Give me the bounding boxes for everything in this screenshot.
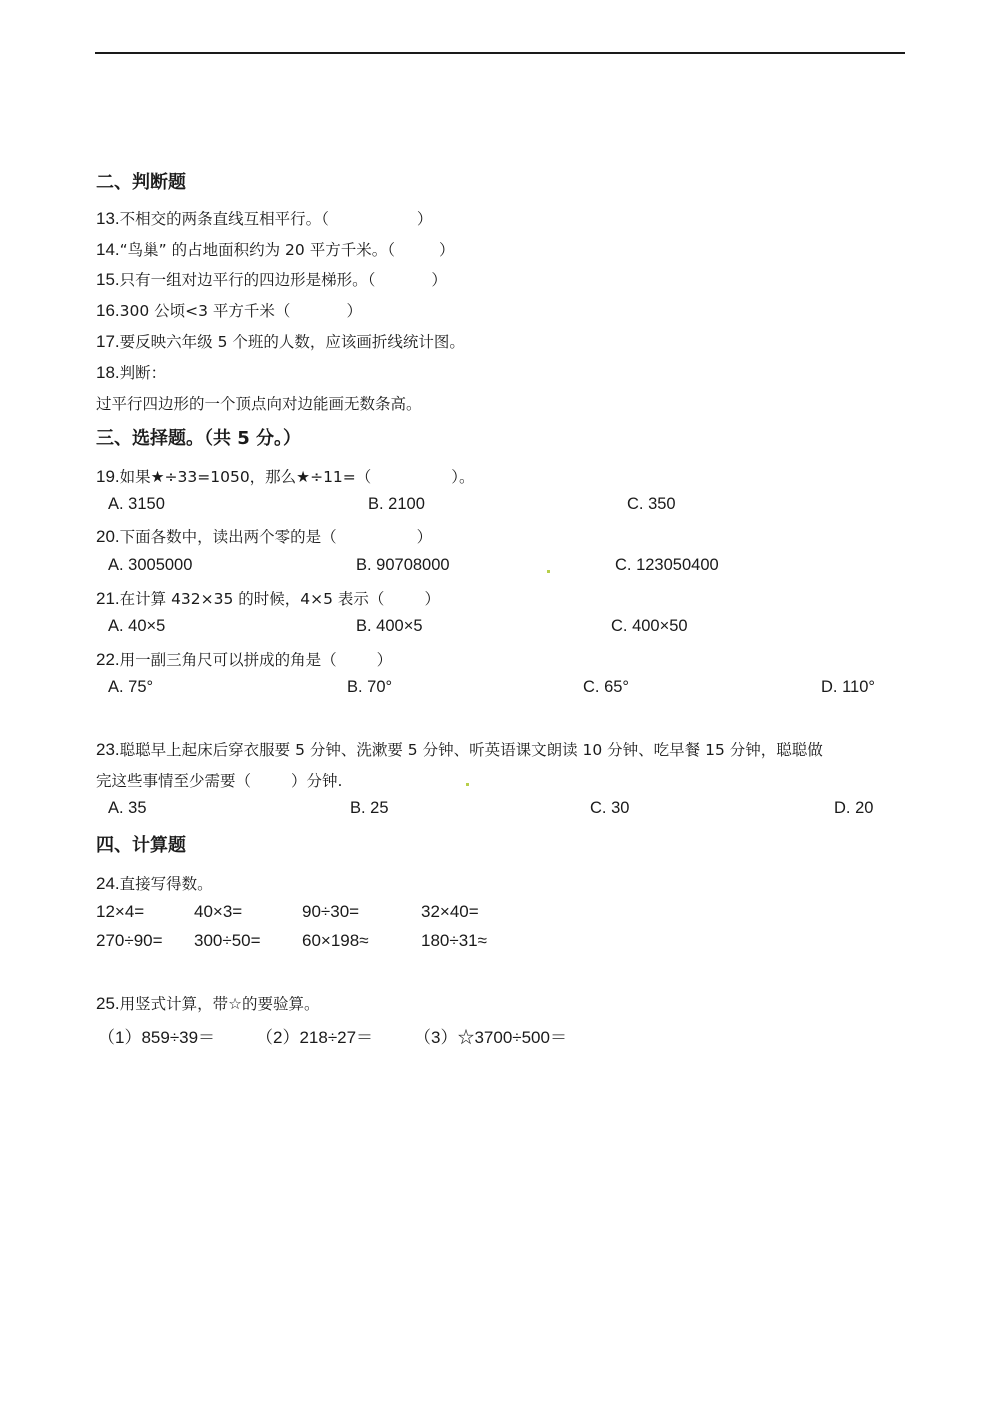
question-number: 21.: [96, 589, 120, 608]
option-19-b[interactable]: B. 2100: [368, 495, 425, 514]
option-21-b[interactable]: B. 400×5: [356, 617, 423, 636]
question-number: 18.: [96, 363, 120, 382]
calc-item: 300÷50=: [194, 931, 261, 951]
question-text: 用竖式计算，带☆的要验算。: [120, 995, 320, 1013]
question-number: 17.: [96, 332, 120, 351]
option-22-c[interactable]: C. 65°: [583, 678, 629, 697]
question-14: 14.“鸟巢” 的占地面积约为 20 平方千米。（）: [96, 238, 454, 260]
header-rule: [95, 52, 905, 54]
option-19-a[interactable]: A. 3150: [108, 495, 165, 514]
option-20-c[interactable]: C. 123050400: [615, 556, 719, 575]
question-text: 下面各数中，读出两个零的是（: [120, 528, 337, 546]
option-22-d[interactable]: D. 110°: [821, 678, 875, 697]
paren-close: ）: [417, 210, 433, 228]
question-25: 25.用竖式计算，带☆的要验算。: [96, 992, 320, 1014]
question-16: 16.300 公顷<3 平方千米（）: [96, 299, 362, 321]
question-text: “鸟巢” 的占地面积约为 20 平方千米。（: [120, 241, 395, 259]
paren-close: ）: [377, 651, 393, 669]
question-text: 300 公顷<3 平方千米（: [120, 302, 291, 320]
question-17: 17.要反映六年级 5 个班的人数，应该画折线统计图。: [96, 330, 465, 352]
section-title-judge: 二、判断题: [96, 168, 186, 194]
question-20: 20.下面各数中，读出两个零的是（）: [96, 525, 432, 547]
question-18-statement: 过平行四边形的一个顶点向对边能画无数条高。: [96, 392, 422, 414]
paren-close: ）: [417, 528, 433, 546]
question-19: 19.如果★÷33=1050，那么★÷11=（）。: [96, 465, 475, 487]
option-19-c[interactable]: C. 350: [627, 495, 676, 514]
calc-item: 180÷31≈: [421, 931, 487, 951]
question-number: 14.: [96, 240, 120, 259]
question-24: 24.直接写得数。: [96, 872, 213, 894]
paren-close: ）: [431, 271, 447, 289]
calc-item: 32×40=: [421, 902, 479, 922]
option-23-d[interactable]: D. 20: [834, 799, 873, 818]
question-text: 直接写得数。: [120, 875, 213, 893]
question-22: 22.用一副三角尺可以拼成的角是（）: [96, 648, 392, 670]
option-21-c[interactable]: C. 400×50: [611, 617, 688, 636]
question-number: 23.: [96, 740, 120, 759]
question-text: 不相交的两条直线互相平行。（: [120, 210, 329, 228]
question-text: 用一副三角尺可以拼成的角是（: [120, 651, 337, 669]
option-21-a[interactable]: A. 40×5: [108, 617, 165, 636]
question-text: 只有一组对边平行的四边形是梯形。（: [120, 271, 376, 289]
vertical-calc-item-2: （2）218÷27＝: [256, 1023, 373, 1048]
scan-artifact-dot: [466, 783, 469, 786]
section-title-calc: 四、计算题: [96, 831, 186, 857]
question-text: 判断：: [120, 364, 167, 382]
option-22-b[interactable]: B. 70°: [347, 678, 392, 697]
question-number: 24.: [96, 874, 120, 893]
paren-close: ）: [439, 241, 455, 259]
question-number: 15.: [96, 270, 120, 289]
question-15: 15.只有一组对边平行的四边形是梯形。（）: [96, 268, 447, 290]
question-13: 13.不相交的两条直线互相平行。（）: [96, 207, 432, 229]
question-23-line2: 完这些事情至少需要（）分钟.: [96, 769, 342, 791]
question-text: 要反映六年级 5 个班的人数，应该画折线统计图。: [120, 333, 465, 351]
option-20-b[interactable]: B. 90708000: [356, 556, 450, 575]
question-number: 13.: [96, 209, 120, 228]
question-number: 16.: [96, 301, 120, 320]
option-22-a[interactable]: A. 75°: [108, 678, 153, 697]
calc-item: 40×3=: [194, 902, 242, 922]
scan-artifact-dot: [547, 570, 550, 573]
question-18: 18.判断：: [96, 361, 166, 383]
vertical-calc-item-1: （1）859÷39＝: [98, 1023, 215, 1048]
paren-close: ）。: [451, 468, 474, 486]
question-23: 23.聪聪早上起床后穿衣服要 5 分钟、洗漱要 5 分钟、听英语课文朗读 10 …: [96, 738, 823, 760]
calc-item: 90÷30=: [302, 902, 359, 922]
paren-close: ）: [346, 302, 362, 320]
option-23-c[interactable]: C. 30: [590, 799, 629, 818]
section-title-choice: 三、选择题。（共 5 分。）: [96, 424, 301, 450]
option-20-a[interactable]: A. 3005000: [108, 556, 192, 575]
question-text: ）分钟.: [291, 772, 342, 790]
option-23-b[interactable]: B. 25: [350, 799, 389, 818]
paren-close: ）: [424, 590, 440, 608]
question-text: 完这些事情至少需要（: [96, 772, 251, 790]
question-number: 20.: [96, 527, 120, 546]
question-text: 如果★÷33=1050，那么★÷11=（: [120, 468, 372, 486]
calc-item: 60×198≈: [302, 931, 369, 951]
question-21: 21.在计算 432×35 的时候，4×5 表示（）: [96, 587, 440, 609]
vertical-calc-item-3: （3）☆3700÷500＝: [414, 1023, 567, 1048]
question-text: 在计算 432×35 的时候，4×5 表示（: [120, 590, 385, 608]
question-number: 22.: [96, 650, 120, 669]
calc-item: 270÷90=: [96, 931, 163, 951]
option-23-a[interactable]: A. 35: [108, 799, 147, 818]
question-text: 聪聪早上起床后穿衣服要 5 分钟、洗漱要 5 分钟、听英语课文朗读 10 分钟、…: [120, 741, 823, 759]
question-number: 25.: [96, 994, 120, 1013]
calc-item: 12×4=: [96, 902, 144, 922]
question-number: 19.: [96, 467, 120, 486]
